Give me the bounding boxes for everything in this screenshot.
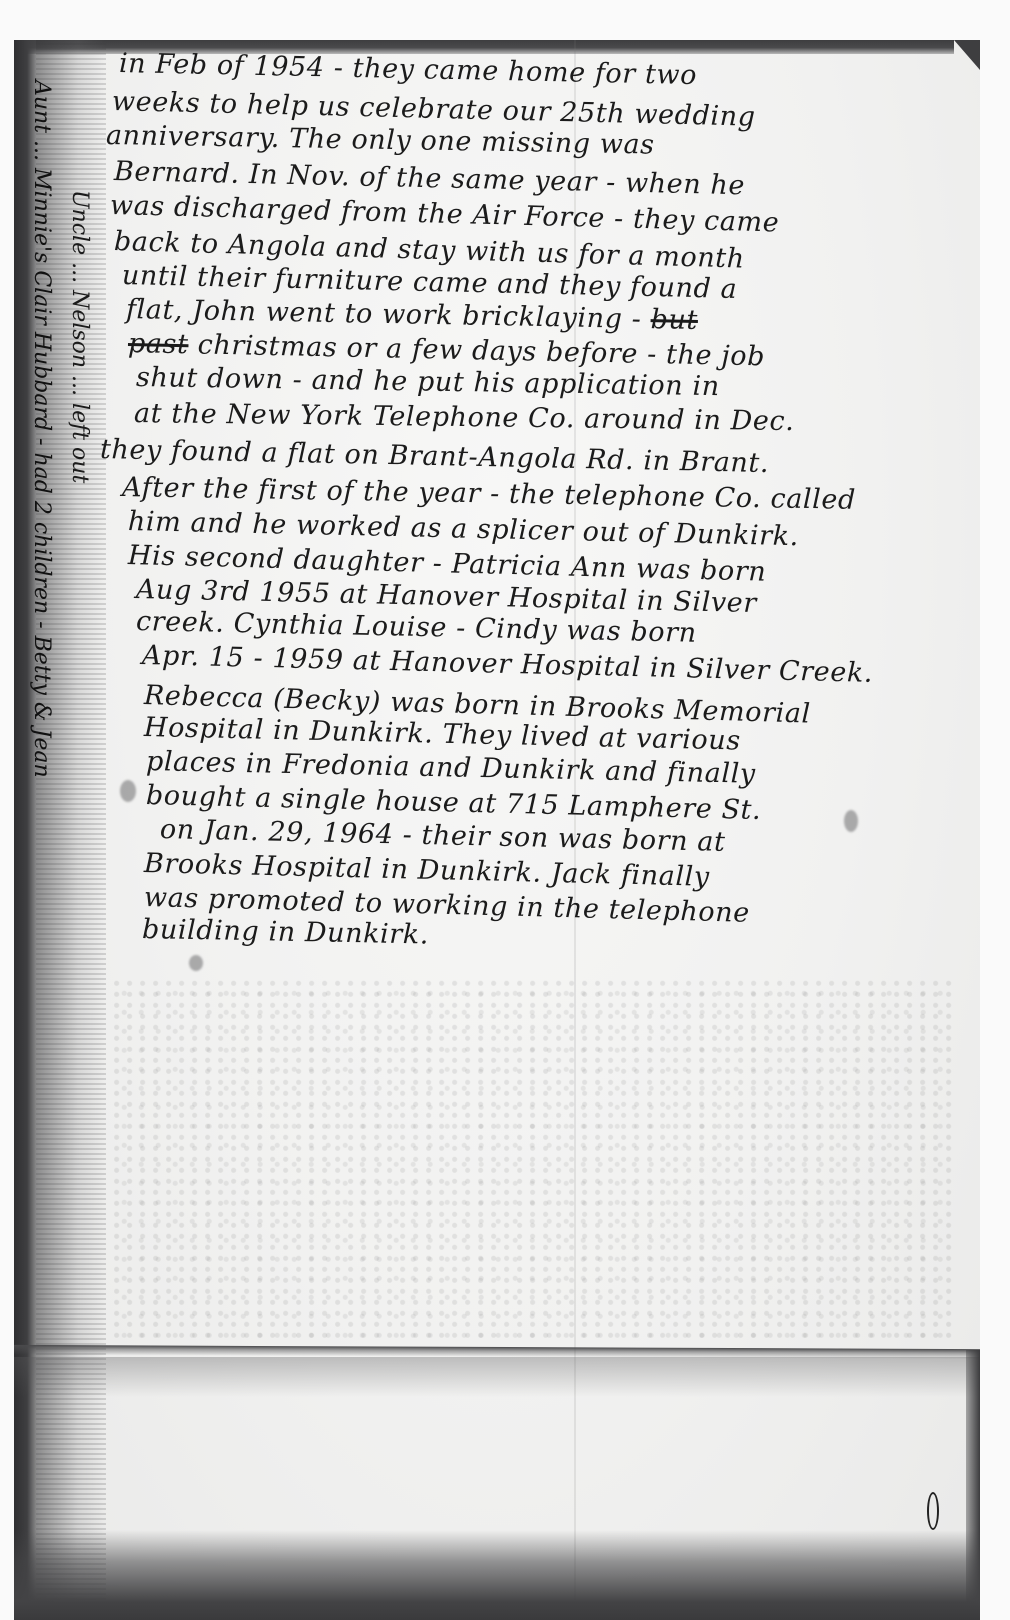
letter-line: Apr. 15 - 1959 at Hanover Hospital in Si… (142, 640, 874, 689)
corner-page-mark (927, 1492, 939, 1530)
letter-line: building in Dunkirk. (142, 914, 430, 951)
toner-smudge (189, 955, 203, 971)
toner-noise (114, 980, 954, 1340)
struck-word: but (650, 304, 698, 336)
margin-note-inner: Uncle ... Nelson ... left out (67, 190, 92, 483)
letter-line: at the New York Telephone Co. around in … (134, 398, 795, 437)
scan-background: in Feb of 1954 - they came home for two … (0, 0, 1010, 1620)
struck-word: past (128, 328, 189, 360)
bottom-copy-shadow (14, 1530, 980, 1620)
fold-shade (14, 1357, 980, 1397)
letter-line: in Feb of 1954 - they came home for two (119, 48, 698, 91)
toner-smudge (844, 810, 858, 832)
margin-note-outer: Aunt ... Minnie's Clair Hubbard - had 2 … (29, 80, 54, 778)
photocopied-page: in Feb of 1954 - they came home for two … (14, 40, 980, 1620)
toner-smudge (120, 780, 136, 802)
letter-line: they found a flat on Brant-Angola Rd. in… (100, 434, 770, 479)
top-right-corner-shadow (954, 40, 980, 70)
